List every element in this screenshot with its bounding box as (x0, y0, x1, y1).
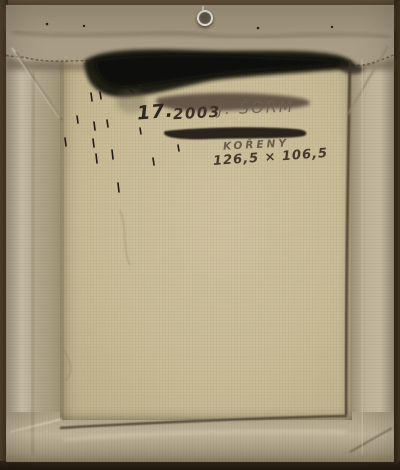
bottom-bar-fold-line (64, 431, 346, 440)
paint-and-shadow-overlay (0, 0, 400, 470)
hanging-ring-icon (197, 10, 213, 26)
gap-shadow-bottom (60, 416, 347, 428)
fold-bottom-left (10, 419, 62, 432)
fold-bottom-right (350, 428, 392, 452)
inscription-year: 2003 (173, 103, 222, 123)
photo-canvas-verso: 17. 2003 J. ŠORM KOŘENY 126,5 × 106,5 (0, 0, 400, 470)
canvas-scuff (120, 210, 130, 265)
left-bar-crease (32, 70, 34, 455)
tack-dot (331, 26, 333, 28)
artist-signature: J. ŠORM (218, 97, 295, 119)
gap-shadow-left (62, 60, 63, 420)
tack-dot (257, 27, 260, 30)
inscription-number: 17. (136, 99, 174, 124)
canvas-scuff (64, 350, 70, 380)
tack-dot (46, 23, 49, 26)
tack-dot (83, 25, 85, 27)
